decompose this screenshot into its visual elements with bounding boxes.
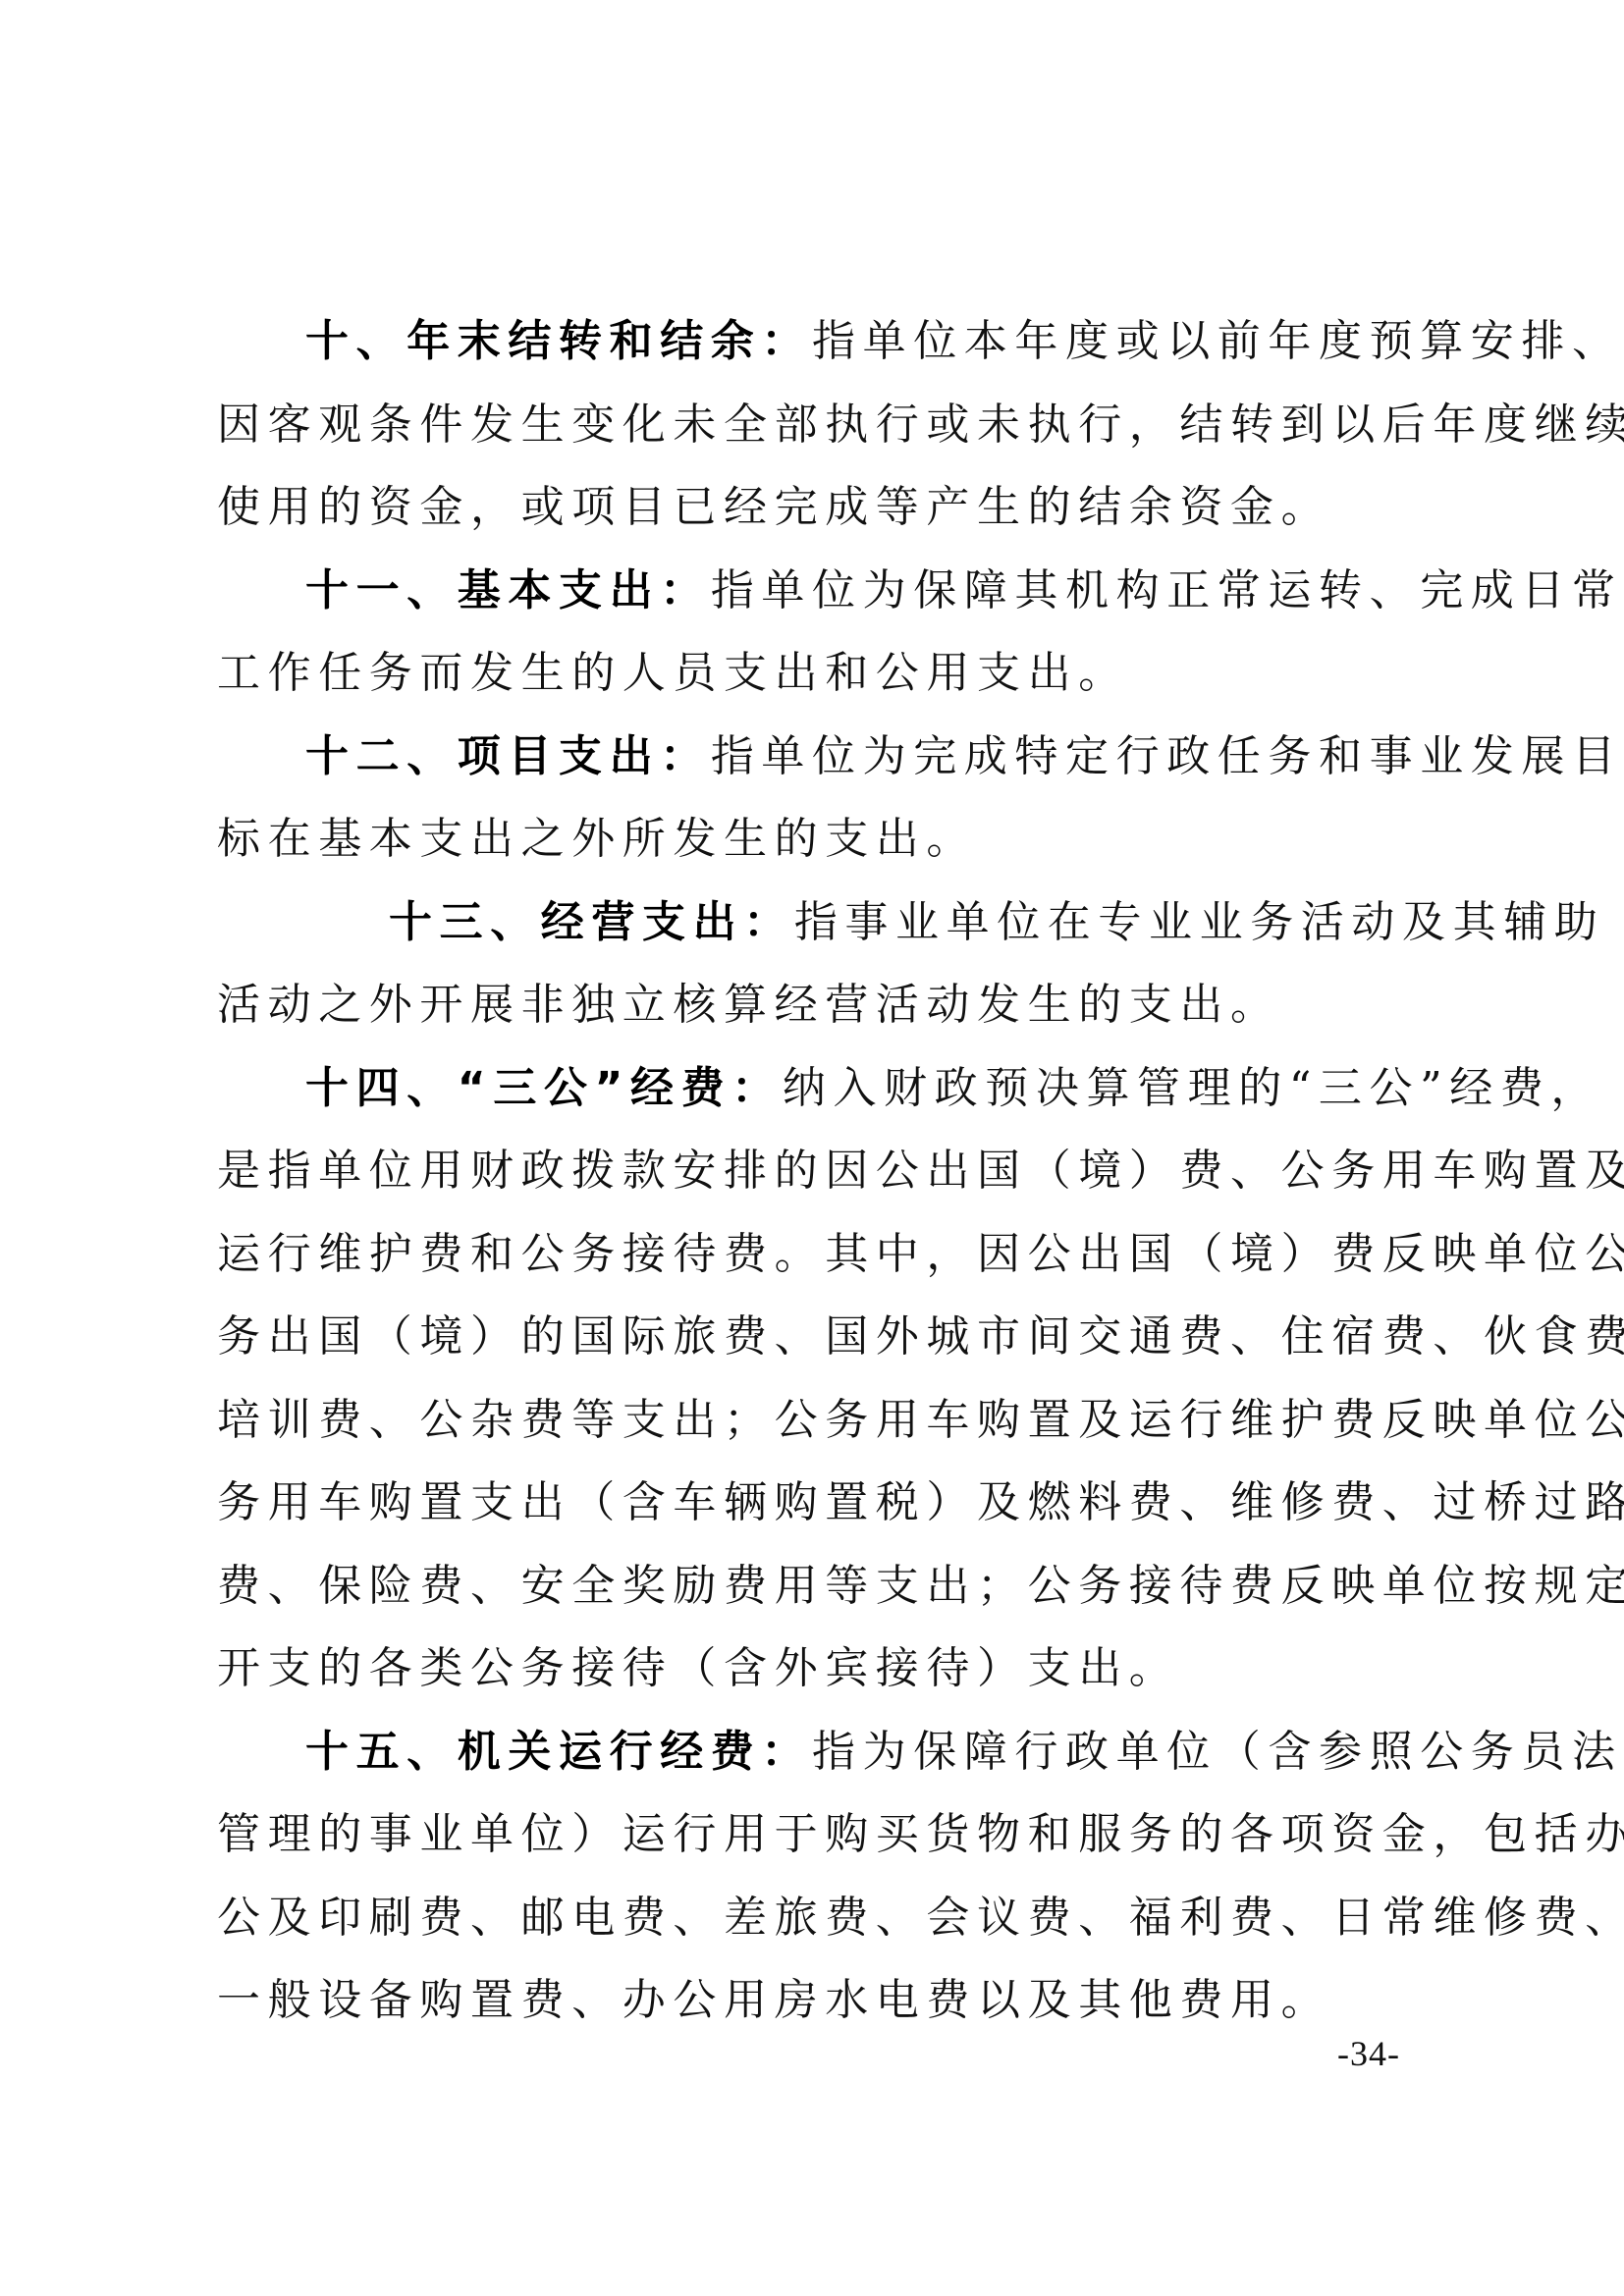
paragraph-line: 十五、机关运行经费：指为保障行政单位（含参照公务员法 (217, 1711, 1421, 1794)
definition-term: 十一、基本支出： (305, 565, 711, 615)
definition-basic-expenditure: 十一、基本支出：指单位为保障其机构正常运转、完成日常 工作任务而发生的人员支出和… (217, 550, 1421, 716)
paragraph-line: 标在基本支出之外所发生的支出。 (217, 798, 1421, 881)
definition-three-public-expenses: 十四、“三公”经费：纳入财政预决算管理的“三公”经费， 是指单位用财政拨款安排的… (217, 1047, 1421, 1711)
definition-year-end-carryover: 十、年末结转和结余：指单位本年度或以前年度预算安排、 因客观条件发生变化未全部执… (217, 300, 1421, 550)
paragraph-line: 开支的各类公务接待（含外宾接待）支出。 (217, 1628, 1421, 1711)
definition-text: 指单位为完成特定行政任务和事业发展目 (711, 731, 1623, 781)
definition-text: 指为保障行政单位（含参照公务员法 (812, 1727, 1623, 1777)
paragraph-line: 公及印刷费、邮电费、差旅费、会议费、福利费、日常维修费、 (217, 1877, 1421, 1960)
paragraph-line: 因客观条件发生变化未全部执行或未执行，结转到以后年度继续 (217, 384, 1421, 467)
paragraph-line: 培训费、公杂费等支出；公务用车购置及运行维护费反映单位公 (217, 1379, 1421, 1463)
paragraph-line: 十三、经营支出：指事业单位在专业业务活动及其辅助 (217, 881, 1421, 965)
definition-term: 十、年末结转和结余： (305, 316, 812, 366)
paragraph-line: 十四、“三公”经费：纳入财政预决算管理的“三公”经费， (217, 1047, 1421, 1131)
definition-agency-operating-funds: 十五、机关运行经费：指为保障行政单位（含参照公务员法 管理的事业单位）运行用于购… (217, 1711, 1421, 2043)
definition-text: 指单位本年度或以前年度预算安排、 (812, 316, 1623, 366)
definition-term: 十三、经营支出： (389, 897, 794, 947)
paragraph-line: 是指单位用财政拨款安排的因公出国（境）费、公务用车购置及 (217, 1130, 1421, 1213)
paragraph-line: 十一、基本支出：指单位为保障其机构正常运转、完成日常 (217, 550, 1421, 633)
definition-text: 指单位为保障其机构正常运转、完成日常 (711, 565, 1623, 615)
document-page: 十、年末结转和结余：指单位本年度或以前年度预算安排、 因客观条件发生变化未全部执… (0, 0, 1624, 2296)
paragraph-line: 运行维护费和公务接待费。其中，因公出国（境）费反映单位公 (217, 1213, 1421, 1297)
definition-term: 十二、项目支出： (305, 731, 711, 781)
paragraph-line: 一般设备购置费、办公用房水电费以及其他费用。 (217, 1959, 1421, 2043)
paragraph-line: 工作任务而发生的人员支出和公用支出。 (217, 632, 1421, 716)
paragraph-line: 十、年末结转和结余：指单位本年度或以前年度预算安排、 (217, 300, 1421, 384)
paragraph-line: 十二、项目支出：指单位为完成特定行政任务和事业发展目 (217, 716, 1421, 799)
paragraph-line: 务出国（境）的国际旅费、国外城市间交通费、住宿费、伙食费、 (217, 1296, 1421, 1379)
definition-operating-expenditure: 十三、经营支出：指事业单位在专业业务活动及其辅助 活动之外开展非独立核算经营活动… (217, 881, 1421, 1047)
definition-text: 纳入财政预决算管理的“三公”经费， (783, 1063, 1601, 1113)
definition-text: 指事业单位在专业业务活动及其辅助 (794, 897, 1605, 947)
definition-term: 十四、“三公”经费： (305, 1063, 783, 1113)
definition-term: 十五、机关运行经费： (305, 1727, 812, 1777)
page-number: -34- (1337, 2034, 1400, 2073)
paragraph-line: 活动之外开展非独立核算经营活动发生的支出。 (217, 964, 1421, 1047)
paragraph-line: 使用的资金，或项目已经完成等产生的结余资金。 (217, 466, 1421, 550)
paragraph-line: 管理的事业单位）运行用于购买货物和服务的各项资金，包括办 (217, 1793, 1421, 1877)
paragraph-line: 务用车购置支出（含车辆购置税）及燃料费、维修费、过桥过路 (217, 1462, 1421, 1545)
paragraph-line: 费、保险费、安全奖励费用等支出；公务接待费反映单位按规定 (217, 1545, 1421, 1629)
definition-project-expenditure: 十二、项目支出：指单位为完成特定行政任务和事业发展目 标在基本支出之外所发生的支… (217, 716, 1421, 881)
definitions-body: 十、年末结转和结余：指单位本年度或以前年度预算安排、 因客观条件发生变化未全部执… (217, 300, 1421, 2043)
